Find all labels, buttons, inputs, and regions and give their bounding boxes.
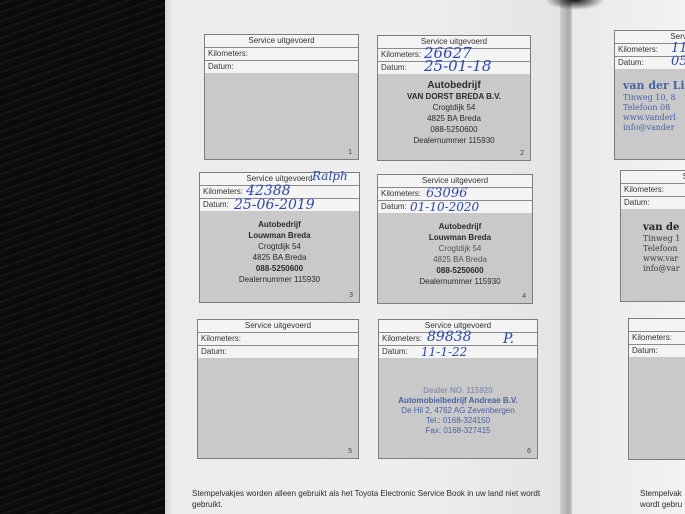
- handwritten-note: Ralph: [312, 169, 348, 183]
- km-label: Kilometers:: [624, 185, 664, 194]
- date-label: Datum:: [624, 198, 650, 207]
- right-footer-note: Stempelvakwordt gebru: [640, 488, 685, 510]
- date-label: Datum:: [618, 58, 644, 67]
- date-label: Datum:: [203, 200, 229, 209]
- dealer-stamp: van der Li Tinweg 10, 8 Telefoon 08 www.…: [623, 79, 685, 133]
- box-header: S: [629, 319, 685, 332]
- stamp-area: [198, 358, 358, 458]
- box-number: 2: [520, 150, 524, 157]
- stamp-area: [205, 73, 358, 159]
- right-service-box-3: S Kilometers: Datum:: [628, 318, 685, 460]
- handwritten-km: 89838: [427, 329, 472, 345]
- km-row: Kilometers:: [205, 48, 358, 61]
- fabric-background: [0, 0, 170, 514]
- service-box-2: Service uitgevoerd Kilometers: Datum: Au…: [377, 35, 531, 161]
- handwritten-date: 05: [671, 54, 685, 69]
- right-service-box-1: Service Kilometers: Datum: van der Li Ti…: [614, 30, 685, 160]
- service-box-1: Service uitgevoerd Kilometers: Datum: 1: [204, 34, 359, 160]
- handwritten-date: 25-06-2019: [234, 197, 315, 213]
- right-service-box-2: Serv Kilometers: Datum: van de Tinweg 1 …: [620, 170, 685, 302]
- handwritten-date: 11-1-22: [421, 345, 467, 359]
- handwritten-km: 63096: [426, 186, 467, 201]
- date-label: Datum:: [201, 347, 227, 356]
- box-header: Serv: [621, 171, 685, 184]
- date-label: Datum:: [381, 202, 407, 211]
- dealer-stamp: Autobedrijf Louwman Breda Crogtdijk 54 4…: [388, 221, 532, 287]
- service-box-3: Service uitgevoerd Kilometers: Datum: Au…: [199, 172, 360, 303]
- stamp-area: Dealer NO. 115920 Automobielbedrijf Andr…: [379, 358, 537, 458]
- km-label: Kilometers:: [203, 187, 243, 196]
- handwritten-date: 01-10-2020: [410, 200, 479, 214]
- box-number: 6: [527, 448, 531, 455]
- stamp-area: van de Tinweg 1 Telefoon www.var info@va…: [621, 209, 685, 301]
- box-header: Service uitgevoerd: [198, 320, 358, 333]
- date-label: Datum:: [208, 62, 234, 71]
- stamp-area: Autobedrijf Louwman Breda Crogtdijk 54 4…: [200, 211, 359, 302]
- service-box-6: Service uitgevoerd Kilometers: Datum: De…: [378, 319, 538, 459]
- stamp-area: van der Li Tinweg 10, 8 Telefoon 08 www.…: [615, 69, 685, 159]
- km-label: Kilometers:: [618, 45, 658, 54]
- km-label: Kilometers:: [381, 50, 421, 59]
- km-row: Kilometers:: [198, 333, 358, 346]
- stamp-area: Autobedrijf VAN DORST BREDA B.V. Crogtdi…: [378, 74, 530, 160]
- box-number: 5: [348, 448, 352, 455]
- dealer-stamp: van de Tinweg 1 Telefoon www.var info@va…: [643, 221, 680, 274]
- dealer-stamp: Dealer NO. 115920 Automobielbedrijf Andr…: [379, 386, 537, 436]
- stamp-area: [629, 357, 685, 459]
- dealer-stamp: Autobedrijf Louwman Breda Crogtdijk 54 4…: [200, 219, 359, 285]
- box-header: Service uitgevoerd: [205, 35, 358, 48]
- km-label: Kilometers:: [632, 333, 672, 342]
- date-label: Datum:: [382, 347, 408, 356]
- box-number: 3: [349, 292, 353, 299]
- box-number: 4: [522, 293, 526, 300]
- km-label: Kilometers:: [382, 334, 422, 343]
- km-label: Kilometers:: [381, 189, 421, 198]
- service-box-4: Service uitgevoerd Kilometers: Datum: Au…: [377, 174, 533, 304]
- shadow: [545, 0, 605, 10]
- service-box-5: Service uitgevoerd Kilometers: Datum: 5: [197, 319, 359, 459]
- date-label: Datum:: [632, 346, 658, 355]
- date-label: Datum:: [381, 63, 407, 72]
- km-row: Kilometers:: [621, 184, 685, 197]
- handwritten-date: 25-01-18: [424, 57, 491, 75]
- km-label: Kilometers:: [201, 334, 241, 343]
- handwritten-initial: P.: [503, 331, 514, 347]
- dealer-stamp: Autobedrijf VAN DORST BREDA B.V. Crogtdi…: [378, 80, 530, 146]
- stamp-area: Autobedrijf Louwman Breda Crogtdijk 54 4…: [378, 213, 532, 303]
- km-row: Kilometers:: [629, 332, 685, 345]
- footer-note: Stempelvakjes worden alleen gebruikt als…: [192, 488, 552, 510]
- box-number: 1: [348, 149, 352, 156]
- km-label: Kilometers:: [208, 49, 248, 58]
